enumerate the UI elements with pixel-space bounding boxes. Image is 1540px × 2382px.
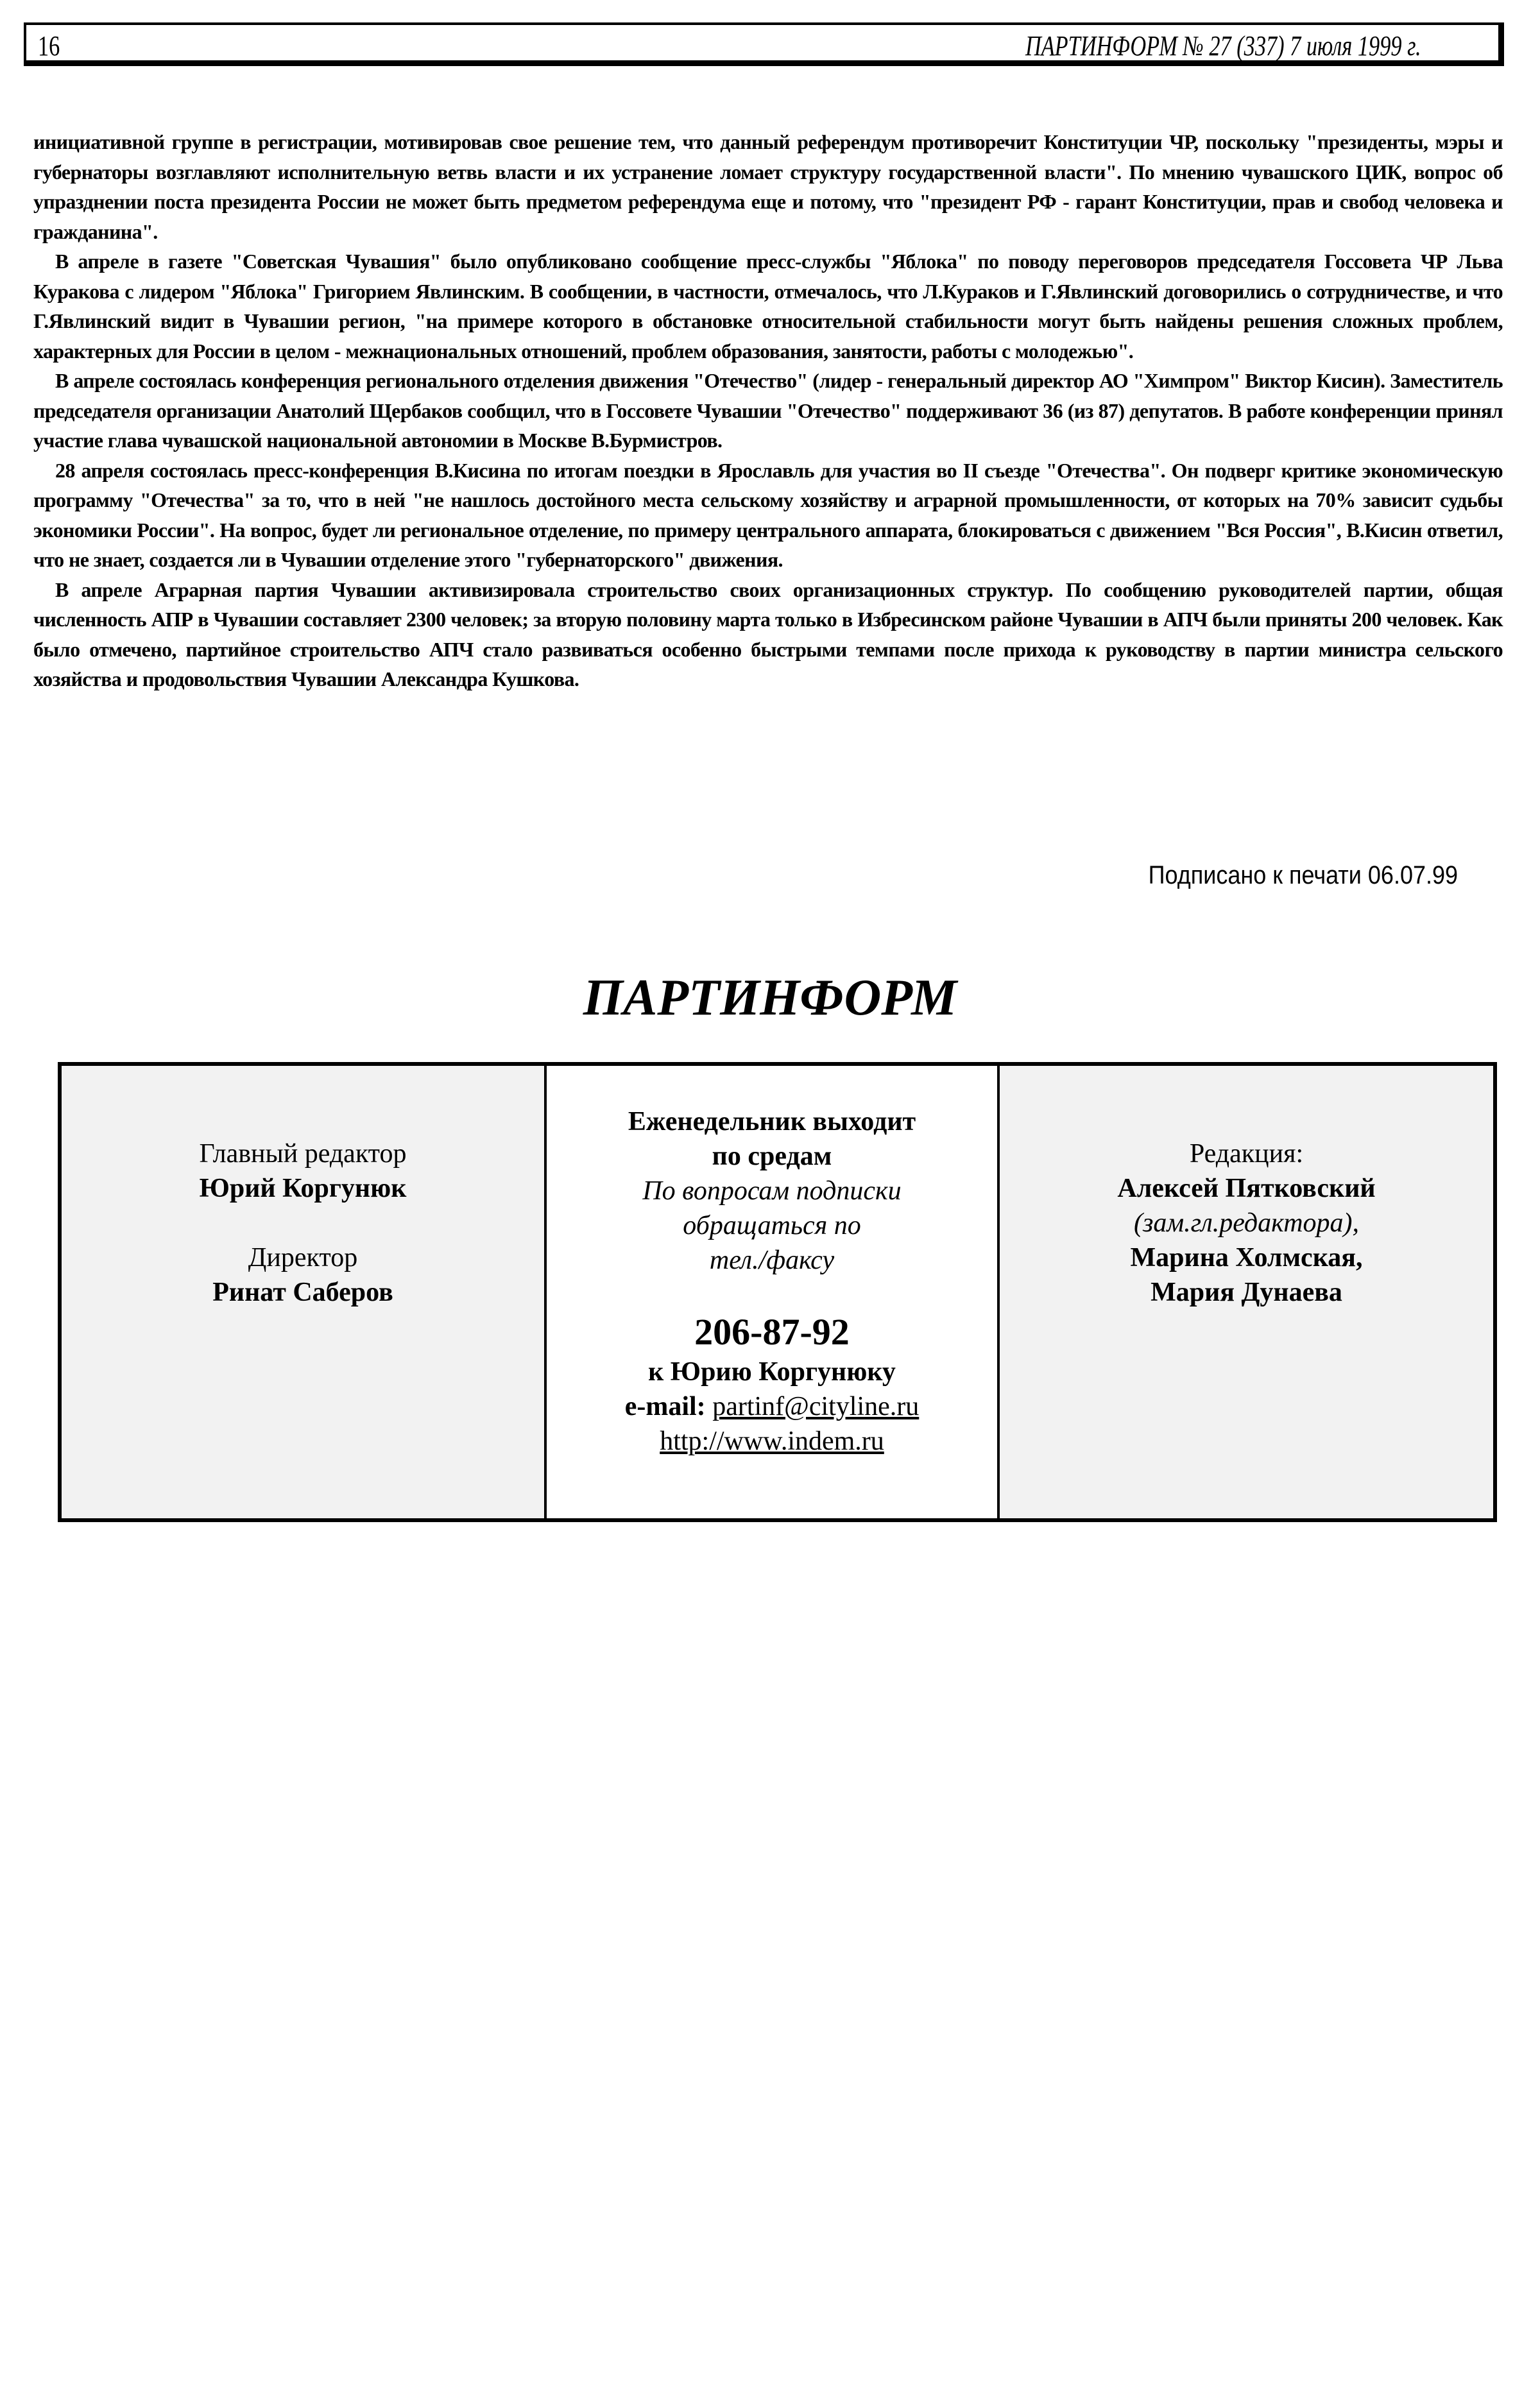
page-number: 16 (38, 30, 60, 62)
signed-to-print-date: Подписано к печати 06.07.99 (1149, 860, 1458, 891)
subscription-note: обращаться по (547, 1208, 997, 1243)
editor-role: Главный редактор (62, 1136, 544, 1171)
paragraph: инициативной группе в регистрации, мотив… (33, 127, 1503, 246)
staff-name: Марина Холмская, (1000, 1240, 1493, 1275)
email-link[interactable]: partinf@cityline.ru (712, 1392, 919, 1421)
paragraph: 28 апреля состоялась пресс-конференция В… (33, 456, 1503, 575)
editor-name: Юрий Коргунюк (62, 1171, 544, 1206)
staff-name: Алексей Пятковский (1000, 1171, 1493, 1206)
contact-person: к Юрию Коргунюку (547, 1355, 997, 1389)
schedule-line: Еженедельник выходит (547, 1104, 997, 1139)
masthead-staff-cell: Редакция: Алексей Пятковский (зам.гл.ред… (1000, 1066, 1493, 1518)
staff-role: (зам.гл.редактора), (1000, 1206, 1493, 1240)
website-link[interactable]: http://www.indem.ru (547, 1424, 997, 1459)
email-line: e-mail: partinf@cityline.ru (547, 1389, 997, 1424)
paragraph: В апреле состоялась конференция регионал… (33, 366, 1503, 456)
director-name: Ринат Саберов (62, 1275, 544, 1310)
subscription-note: тел./факсу (547, 1243, 997, 1278)
schedule-line: по средам (547, 1139, 997, 1174)
subscription-note: По вопросам подписки (547, 1174, 997, 1208)
staff-label: Редакция: (1000, 1136, 1493, 1171)
paragraph: В апреле Аграрная партия Чувашии активиз… (33, 575, 1503, 694)
masthead-contact-cell: Еженедельник выходит по средам По вопрос… (547, 1066, 1000, 1518)
masthead-info-table: Главный редактор Юрий Коргунюк Директор … (58, 1062, 1497, 1522)
running-header: 16 ПАРТИНФОРМ № 27 (337) 7 июля 1999 г. (24, 22, 1504, 66)
masthead-leadership-cell: Главный редактор Юрий Коргунюк Директор … (62, 1066, 547, 1518)
article-body: инициативной группе в регистрации, мотив… (33, 127, 1503, 694)
masthead-title: ПАРТИНФОРМ (0, 969, 1540, 1027)
paragraph: В апреле в газете "Советская Чувашия" бы… (33, 246, 1503, 366)
phone-number: 206-87-92 (547, 1310, 997, 1355)
director-role: Директор (62, 1240, 544, 1275)
staff-name: Мария Дунаева (1000, 1275, 1493, 1310)
email-label: e-mail: (625, 1392, 706, 1421)
issue-title: ПАРТИНФОРМ № 27 (337) 7 июля 1999 г. (1025, 30, 1421, 62)
